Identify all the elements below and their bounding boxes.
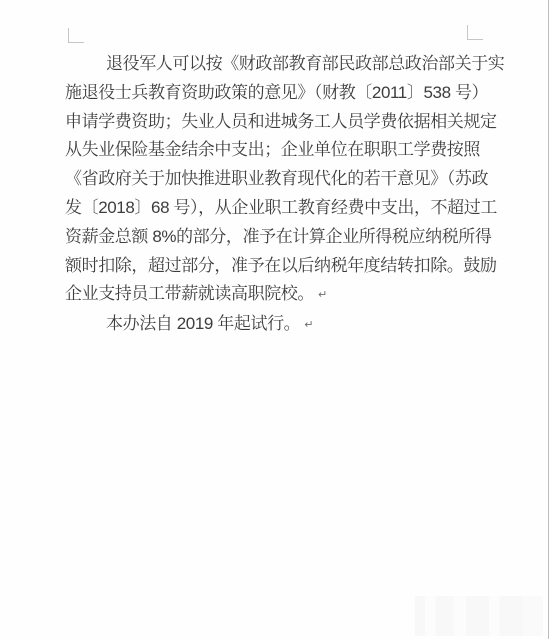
text-line: 《省政府关于加快推进职业教育现代化的若干意见》（苏政 xyxy=(65,165,491,194)
crop-mark-top-right-icon xyxy=(467,25,483,40)
text-line: 申请学费资助；失业人员和进城务工人员学费依据相关规定 xyxy=(65,108,491,137)
text-line: 资薪金总额 8%的部分，准予在计算企业所得税应纳税所得 xyxy=(65,223,491,252)
faint-watermark xyxy=(415,596,543,636)
text-line: 发〔2018〕68 号），从企业职工教育经费中支出，不超过工 xyxy=(65,194,491,223)
text-line: 本办法自 2019 年起试行。↵ xyxy=(65,310,491,340)
paragraph-mark-icon: ↵ xyxy=(304,319,313,331)
text-line: 施退役士兵教育资助政策的意见》（财教〔2011〕538 号） xyxy=(65,79,491,108)
page-right-edge xyxy=(548,0,549,639)
text-line: 从失业保险基金结余中支出；企业单位在职职工学费按照 xyxy=(65,136,491,165)
paragraph: 本办法自 2019 年起试行。↵ xyxy=(65,310,491,340)
paragraph-mark-icon: ↵ xyxy=(318,289,327,301)
document-page: 退役军人可以按《财政部教育部民政部总政治部关于实施退役士兵教育资助政策的意见》（… xyxy=(0,0,550,639)
paragraph: 退役军人可以按《财政部教育部民政部总政治部关于实施退役士兵教育资助政策的意见》（… xyxy=(65,50,491,310)
crop-mark-top-left-icon xyxy=(68,28,84,43)
text-line: 额时扣除，超过部分，准予在以后纳税年度结转扣除。鼓励 xyxy=(65,252,491,281)
text-line: 企业支持员工带薪就读高职院校。↵ xyxy=(65,280,491,310)
text-line: 退役军人可以按《财政部教育部民政部总政治部关于实 xyxy=(65,50,491,79)
document-body: 退役军人可以按《财政部教育部民政部总政治部关于实施退役士兵教育资助政策的意见》（… xyxy=(65,50,491,340)
